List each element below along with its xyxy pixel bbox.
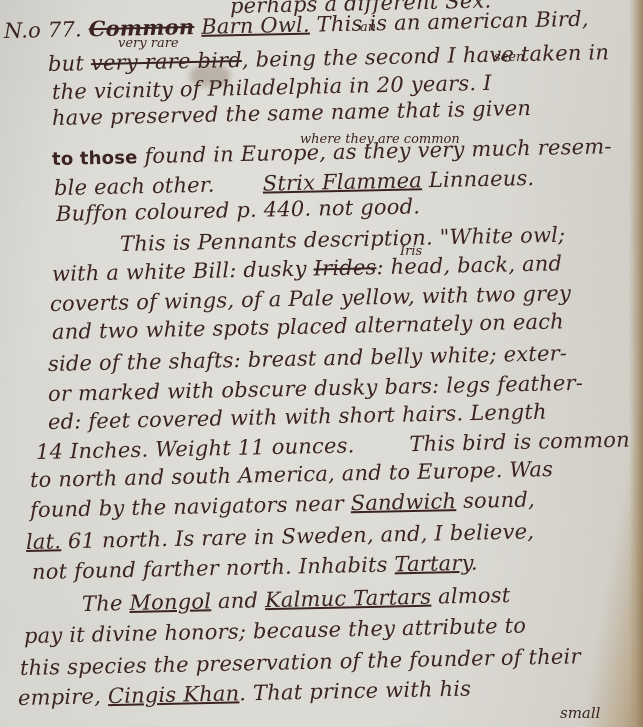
struck-text: very rare bird [91, 48, 242, 75]
line-text: empire, [18, 684, 102, 710]
insertion-an: an [360, 20, 376, 35]
entry-number: N.o 77. [4, 17, 82, 43]
page-edge [629, 0, 643, 727]
line-text: almost [438, 583, 511, 609]
line-text: This bird is common [409, 428, 630, 457]
people-name: Mongol [129, 589, 211, 615]
line-text: ble each other. [54, 173, 215, 200]
line-text: sound, [463, 487, 535, 512]
place-name: Tartary [394, 551, 471, 577]
line-text: The [82, 591, 123, 616]
people-name: Kalmuc Tartars [265, 585, 432, 612]
line-text: and [218, 588, 259, 613]
insertion-small: small [560, 704, 600, 722]
title-text: Barn Owl. [201, 13, 310, 39]
line-text: but [48, 51, 85, 76]
person-name: Cingis Khan [108, 681, 240, 708]
line-text: . [471, 551, 478, 575]
line-text-bold: to those [52, 147, 138, 170]
line-text: . That prince with his [239, 677, 471, 706]
latin-name: Strix Flammea [262, 168, 422, 195]
place-name: Sandwich [350, 489, 456, 515]
latitude-label: lat. [26, 529, 62, 554]
insertion-seen: seen [494, 50, 524, 65]
line-text: Linnaeus. [429, 166, 535, 192]
struck-text: Irides [313, 255, 376, 280]
line-text: : head, back, and [376, 251, 562, 279]
